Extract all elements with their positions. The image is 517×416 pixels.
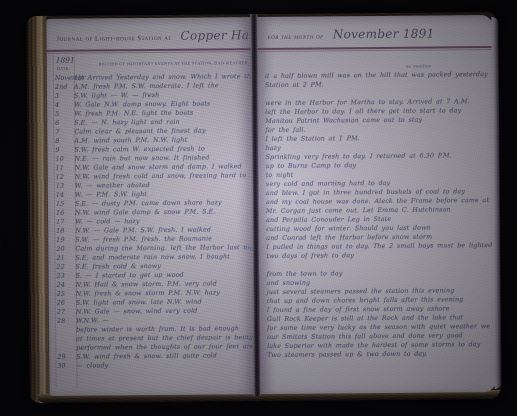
entry-day: 29 xyxy=(57,353,76,362)
entry-text: N.W. wind Gale damp & snow P.M. S.E. xyxy=(75,207,215,217)
events-column-header: RECORD OF IMPORTANT EVENTS AT THE STATIO… xyxy=(99,60,258,66)
entry-day: 18 xyxy=(56,227,75,236)
month-value: November 1891 xyxy=(333,27,435,42)
entry-day: 21 xyxy=(56,254,75,263)
left-page: Journal of Light-house Station at Copper… xyxy=(46,17,253,396)
entry-day: 11 xyxy=(56,164,75,173)
entry-day: 27 xyxy=(57,308,76,317)
journal-continuation-line: Two steamers passed up & two down to day… xyxy=(260,349,493,360)
entry-day: 16 xyxy=(56,209,75,218)
entry-day: 2nd xyxy=(55,83,74,92)
entry-day: 30 xyxy=(57,362,76,371)
entry-day: 12 xyxy=(56,173,75,182)
entry-day: 22 xyxy=(56,263,75,272)
superscript-margin-note: no mention xyxy=(406,65,432,70)
entry-day: 14 xyxy=(56,191,75,200)
entry-day: 28 xyxy=(57,317,76,326)
entry-day: 3 xyxy=(55,92,74,101)
entry-text: N.W. Gale — snow. wind very cold xyxy=(76,307,198,317)
entry-day: 7 xyxy=(55,128,74,137)
entry-text: N.W. wind fresh cold and snow, freezing … xyxy=(75,171,247,181)
journal-book: Journal of Light-house Station at Copper… xyxy=(26,12,501,403)
entry-day: 10 xyxy=(56,155,75,164)
entry-text: — cloudy xyxy=(76,361,108,370)
entry-day: 4 xyxy=(55,101,74,110)
month-form-label: for the month of xyxy=(267,33,323,40)
right-page: for the month of November 1891 no mentio… xyxy=(257,15,495,394)
entry-day: 26 xyxy=(57,299,76,308)
entry-day: Novembr xyxy=(55,74,74,83)
entry-day: 13 xyxy=(56,182,75,191)
entry-day: 5 xyxy=(55,110,74,119)
daily-entries-list: Novembr1st Arrived Yesterday and snow. W… xyxy=(47,72,252,371)
entry-day: 9 xyxy=(55,146,74,155)
entry-day: 15 xyxy=(56,200,75,209)
right-page-header: for the month of November 1891 xyxy=(267,22,490,43)
entry-day: 17 xyxy=(56,218,75,227)
photo-background: Journal of Light-house Station at Copper… xyxy=(0,0,517,416)
entry-day: 24 xyxy=(57,281,76,290)
journal-form-label: Journal of Light-house Station at xyxy=(56,35,171,43)
left-page-header: Journal of Light-house Station at Copper… xyxy=(56,24,248,45)
entry-day: 8 xyxy=(55,137,74,146)
entry-day: 6 xyxy=(55,119,74,128)
entry-text: W.N.W. — xyxy=(76,316,109,325)
date-column-label: DATE. xyxy=(57,66,71,71)
entry-day: 20 xyxy=(56,245,75,254)
entry-day: 23 xyxy=(57,272,76,281)
entry-day: 25 xyxy=(57,290,76,299)
continuation-lines-list: it a half blown mill was on the hill tha… xyxy=(258,70,494,360)
journal-entry-row: 30— cloudy xyxy=(49,360,251,371)
entry-day: 19 xyxy=(56,236,75,245)
year-handwritten: 1891 xyxy=(56,56,75,65)
entry-text: S.W. wind fresh & snow. still quite cold xyxy=(76,351,217,361)
